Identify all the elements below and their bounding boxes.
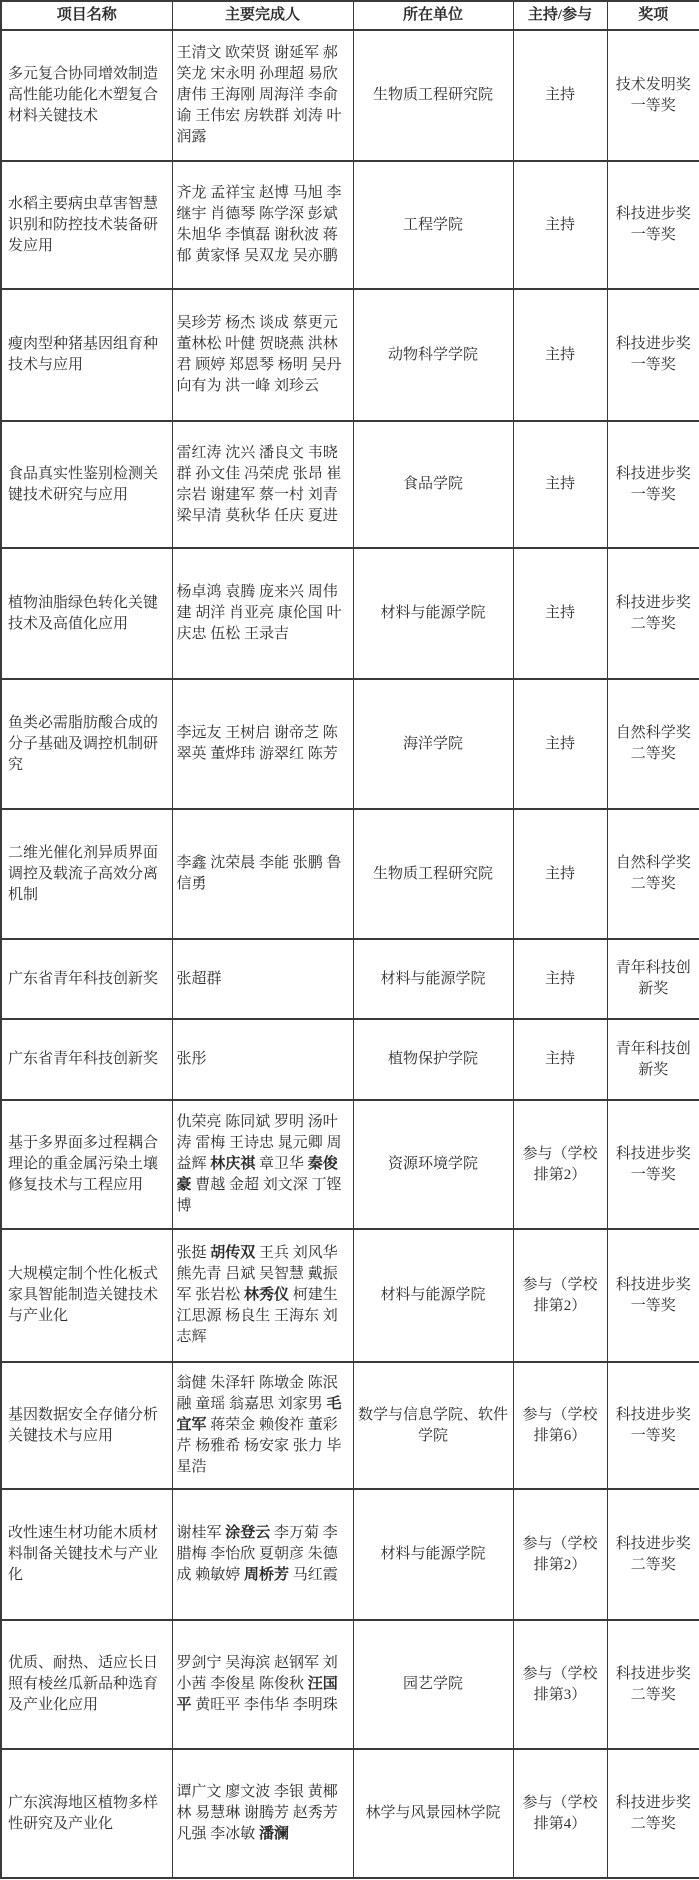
unit-cell: 材料与能源学院 (353, 548, 513, 679)
award-cell: 科技进步奖一等奖 (607, 161, 699, 289)
unit-cell: 生物质工程研究院 (353, 809, 513, 939)
award-cell: 科技进步奖一等奖 (607, 421, 699, 548)
project-cell: 瘦肉型种猪基因组育种技术与应用 (1, 289, 172, 421)
project-cell: 食品真实性鉴别检测关键技术研究与应用 (1, 421, 172, 548)
table-row: 广东省青年科技创新奖 张彤 植物保护学院 主持 青年科技创新奖 (1, 1019, 699, 1100)
project-cell: 基于多界面多过程耦合理论的重金属污染土壤修复技术与工程应用 (1, 1100, 172, 1229)
person-names: 王清文 欧荣贤 谢延军 郝笑龙 宋永明 孙理超 易欣 唐伟 王海刚 周海洋 李俞… (177, 45, 342, 145)
project-cell: 基因数据安全存储分析关键技术与应用 (1, 1362, 172, 1489)
person-names: 章卫华 (255, 1156, 308, 1172)
people-cell: 李远友 王树启 谢帝芝 陈翠英 董烨玮 游翠红 陈芳 (172, 679, 353, 809)
people-cell: 齐龙 孟祥宝 赵博 马旭 李继宇 肖德琴 陈学深 彭斌 朱旭华 李慎磊 谢秋波 … (172, 161, 353, 289)
people-cell: 谢桂军 涂登云 李万菊 李腊梅 李怡欣 夏朝彦 朱德成 赖敏婷 周桥芳 马红霞 (172, 1489, 353, 1620)
header-role: 主持/参与 (513, 1, 607, 30)
table-row: 大规模定制个性化板式家具智能制造关键技术与产业化 张挺 胡传双 王兵 刘风华 熊… (1, 1229, 699, 1362)
person-names: 翁健 朱泽轩 陈墩金 陈泯融 童瑶 翁嘉思 刘家男 (177, 1375, 338, 1412)
role-cell: 参与（学校排第2） (513, 1229, 607, 1362)
project-cell: 鱼类必需脂肪酸合成的分子基础及调控机制研究 (1, 679, 172, 809)
award-cell: 科技进步奖二等奖 (607, 1489, 699, 1620)
project-cell: 广东省青年科技创新奖 (1, 1019, 172, 1100)
unit-cell: 动物科学学院 (353, 289, 513, 421)
table-row: 优质、耐热、适应长日照有棱丝瓜新品种选育及产业化应用 罗剑宁 吴海滨 赵钢军 刘… (1, 1620, 699, 1749)
header-row: 项目名称 主要完成人 所在单位 主持/参与 奖项 (1, 1, 699, 30)
role-cell: 主持 (513, 30, 607, 161)
highlighted-person-name: 林庆祺 (210, 1156, 255, 1172)
role-cell: 参与（学校排第2） (513, 1489, 607, 1620)
award-cell: 技术发明奖一等奖 (607, 30, 699, 161)
award-cell: 科技进步奖一等奖 (607, 289, 699, 421)
table-row: 基因数据安全存储分析关键技术与应用 翁健 朱泽轩 陈墩金 陈泯融 童瑶 翁嘉思 … (1, 1362, 699, 1489)
person-names: 齐龙 孟祥宝 赵博 马旭 李继宇 肖德琴 陈学深 彭斌 朱旭华 李慎磊 谢秋波 … (177, 185, 342, 264)
highlighted-person-name: 胡传双 (210, 1245, 255, 1261)
unit-cell: 林学与风景园林学院 (353, 1749, 513, 1878)
project-cell: 优质、耐热、适应长日照有棱丝瓜新品种选育及产业化应用 (1, 1620, 172, 1749)
role-cell: 主持 (513, 939, 607, 1019)
highlighted-person-name: 涂登云 (225, 1525, 270, 1541)
people-cell: 杨卓鸿 袁腾 庞来兴 周伟建 胡洋 肖亚亮 康伦国 叶庆忠 伍松 王录吉 (172, 548, 353, 679)
table-row: 食品真实性鉴别检测关键技术研究与应用 雷红涛 沈兴 潘良文 韦晓群 孙文佳 冯荣… (1, 421, 699, 548)
person-names: 张挺 (177, 1245, 211, 1261)
header-award: 奖项 (607, 1, 699, 30)
highlighted-person-name: 潘澜 (259, 1826, 289, 1842)
role-cell: 主持 (513, 289, 607, 421)
project-cell: 二维光催化剂异质界面调控及载流子高效分离机制 (1, 809, 172, 939)
project-cell: 大规模定制个性化板式家具智能制造关键技术与产业化 (1, 1229, 172, 1362)
table-row: 基于多界面多过程耦合理论的重金属污染土壤修复技术与工程应用 仇荣亮 陈同斌 罗明… (1, 1100, 699, 1229)
unit-cell: 材料与能源学院 (353, 1229, 513, 1362)
role-cell: 主持 (513, 421, 607, 548)
project-cell: 广东滨海地区植物多样性研究及产业化 (1, 1749, 172, 1878)
role-cell: 主持 (513, 679, 607, 809)
person-names: 曹越 金超 刘文深 丁铿博 (177, 1177, 342, 1214)
role-cell: 参与（学校排第2） (513, 1100, 607, 1229)
award-cell: 自然科学奖二等奖 (607, 809, 699, 939)
award-cell: 青年科技创新奖 (607, 939, 699, 1019)
unit-cell: 数学与信息学院、软件学院 (353, 1362, 513, 1489)
person-names: 张彤 (177, 1051, 207, 1067)
table-row: 鱼类必需脂肪酸合成的分子基础及调控机制研究 李远友 王树启 谢帝芝 陈翠英 董烨… (1, 679, 699, 809)
role-cell: 主持 (513, 809, 607, 939)
role-cell: 参与（学校排第4） (513, 1749, 607, 1878)
award-cell: 科技进步奖一等奖 (607, 1100, 699, 1229)
award-cell: 科技进步奖二等奖 (607, 1620, 699, 1749)
table-row: 广东滨海地区植物多样性研究及产业化 谭广文 廖文波 李银 黄椰林 易慧琳 谢腾芳… (1, 1749, 699, 1878)
unit-cell: 植物保护学院 (353, 1019, 513, 1100)
table-header: 项目名称 主要完成人 所在单位 主持/参与 奖项 (1, 1, 699, 30)
people-cell: 雷红涛 沈兴 潘良文 韦晓群 孙文佳 冯荣虎 张昂 崔宗岩 谢建军 蔡一村 刘青… (172, 421, 353, 548)
person-names: 马红霞 (289, 1567, 338, 1583)
people-cell: 王清文 欧荣贤 谢延军 郝笑龙 宋永明 孙理超 易欣 唐伟 王海刚 周海洋 李俞… (172, 30, 353, 161)
person-names: 黄旺平 李伟华 李明珠 (192, 1697, 338, 1713)
award-cell: 科技进步奖二等奖 (607, 1749, 699, 1878)
project-cell: 广东省青年科技创新奖 (1, 939, 172, 1019)
project-cell: 多元复合协同增效制造高性能功能化木塑复合材料关键技术 (1, 30, 172, 161)
person-names: 杨卓鸿 袁腾 庞来兴 周伟建 胡洋 肖亚亮 康伦国 叶庆忠 伍松 王录吉 (177, 584, 342, 642)
people-cell: 张超群 (172, 939, 353, 1019)
project-cell: 改性速生材功能木质材料制备关键技术与产业化 (1, 1489, 172, 1620)
person-names: 张超群 (177, 971, 222, 987)
award-cell: 自然科学奖二等奖 (607, 679, 699, 809)
unit-cell: 海洋学院 (353, 679, 513, 809)
person-names: 李鑫 沈荣晨 李能 张鹏 鲁信勇 (177, 855, 342, 892)
header-main-contributors: 主要完成人 (172, 1, 353, 30)
unit-cell: 生物质工程研究院 (353, 30, 513, 161)
project-cell: 水稻主要病虫草害智慧识别和防控技术装备研发应用 (1, 161, 172, 289)
table-row: 改性速生材功能木质材料制备关键技术与产业化 谢桂军 涂登云 李万菊 李腊梅 李怡… (1, 1489, 699, 1620)
unit-cell: 工程学院 (353, 161, 513, 289)
header-project-name: 项目名称 (1, 1, 172, 30)
role-cell: 参与（学校排第3） (513, 1620, 607, 1749)
table-row: 多元复合协同增效制造高性能功能化木塑复合材料关键技术 王清文 欧荣贤 谢延军 郝… (1, 30, 699, 161)
people-cell: 罗剑宁 吴海滨 赵钢军 刘小茜 李俊星 陈俊秋 汪国平 黄旺平 李伟华 李明珠 (172, 1620, 353, 1749)
award-cell: 科技进步奖一等奖 (607, 1229, 699, 1362)
person-names: 谭广文 廖文波 李银 黄椰林 易慧琳 谢腾芳 赵秀芳 凡强 李冰敏 (177, 1784, 338, 1842)
unit-cell: 资源环境学院 (353, 1100, 513, 1229)
unit-cell: 材料与能源学院 (353, 1489, 513, 1620)
award-cell: 科技进步奖一等奖 (607, 1362, 699, 1489)
table-row: 二维光催化剂异质界面调控及载流子高效分离机制 李鑫 沈荣晨 李能 张鹏 鲁信勇 … (1, 809, 699, 939)
people-cell: 翁健 朱泽轩 陈墩金 陈泯融 童瑶 翁嘉思 刘家男 毛宜军 蒋荣金 赖俊祚 董彩… (172, 1362, 353, 1489)
unit-cell: 食品学院 (353, 421, 513, 548)
role-cell: 参与（学校排第6） (513, 1362, 607, 1489)
project-cell: 植物油脂绿色转化关键技术及高值化应用 (1, 548, 172, 679)
person-names: 雷红涛 沈兴 潘良文 韦晓群 孙文佳 冯荣虎 张昂 崔宗岩 谢建军 蔡一村 刘青… (177, 445, 342, 524)
table-row: 植物油脂绿色转化关键技术及高值化应用 杨卓鸿 袁腾 庞来兴 周伟建 胡洋 肖亚亮… (1, 548, 699, 679)
people-cell: 张挺 胡传双 王兵 刘风华 熊先青 吕斌 吴智慧 戴振军 张岩松 林秀仪 柯建生… (172, 1229, 353, 1362)
unit-cell: 材料与能源学院 (353, 939, 513, 1019)
highlighted-person-name: 周桥芳 (244, 1567, 289, 1583)
table-body: 多元复合协同增效制造高性能功能化木塑复合材料关键技术 王清文 欧荣贤 谢延军 郝… (1, 30, 699, 1878)
role-cell: 主持 (513, 548, 607, 679)
table-row: 水稻主要病虫草害智慧识别和防控技术装备研发应用 齐龙 孟祥宝 赵博 马旭 李继宇… (1, 161, 699, 289)
people-cell: 李鑫 沈荣晨 李能 张鹏 鲁信勇 (172, 809, 353, 939)
person-names: 吴珍芳 杨杰 谈成 蔡更元 董林松 叶健 贺晓燕 洪林君 顾婷 郑恩琴 杨明 吴… (177, 315, 342, 394)
table-row: 瘦肉型种猪基因组育种技术与应用 吴珍芳 杨杰 谈成 蔡更元 董林松 叶健 贺晓燕… (1, 289, 699, 421)
people-cell: 吴珍芳 杨杰 谈成 蔡更元 董林松 叶健 贺晓燕 洪林君 顾婷 郑恩琴 杨明 吴… (172, 289, 353, 421)
people-cell: 谭广文 廖文波 李银 黄椰林 易慧琳 谢腾芳 赵秀芳 凡强 李冰敏 潘澜 (172, 1749, 353, 1878)
people-cell: 仇荣亮 陈同斌 罗明 汤叶涛 雷梅 王诗忠 晁元卿 周益辉 林庆祺 章卫华 秦俊… (172, 1100, 353, 1229)
table-row: 广东省青年科技创新奖 张超群 材料与能源学院 主持 青年科技创新奖 (1, 939, 699, 1019)
award-cell: 青年科技创新奖 (607, 1019, 699, 1100)
award-cell: 科技进步奖二等奖 (607, 548, 699, 679)
unit-cell: 园艺学院 (353, 1620, 513, 1749)
highlighted-person-name: 林秀仪 (244, 1287, 289, 1303)
role-cell: 主持 (513, 1019, 607, 1100)
people-cell: 张彤 (172, 1019, 353, 1100)
role-cell: 主持 (513, 161, 607, 289)
person-names: 李远友 王树启 谢帝芝 陈翠英 董烨玮 游翠红 陈芳 (177, 725, 338, 762)
awards-table: 项目名称 主要完成人 所在单位 主持/参与 奖项 多元复合协同增效制造高性能功能… (0, 0, 699, 1879)
person-names: 谢桂军 (177, 1525, 226, 1541)
header-unit: 所在单位 (353, 1, 513, 30)
